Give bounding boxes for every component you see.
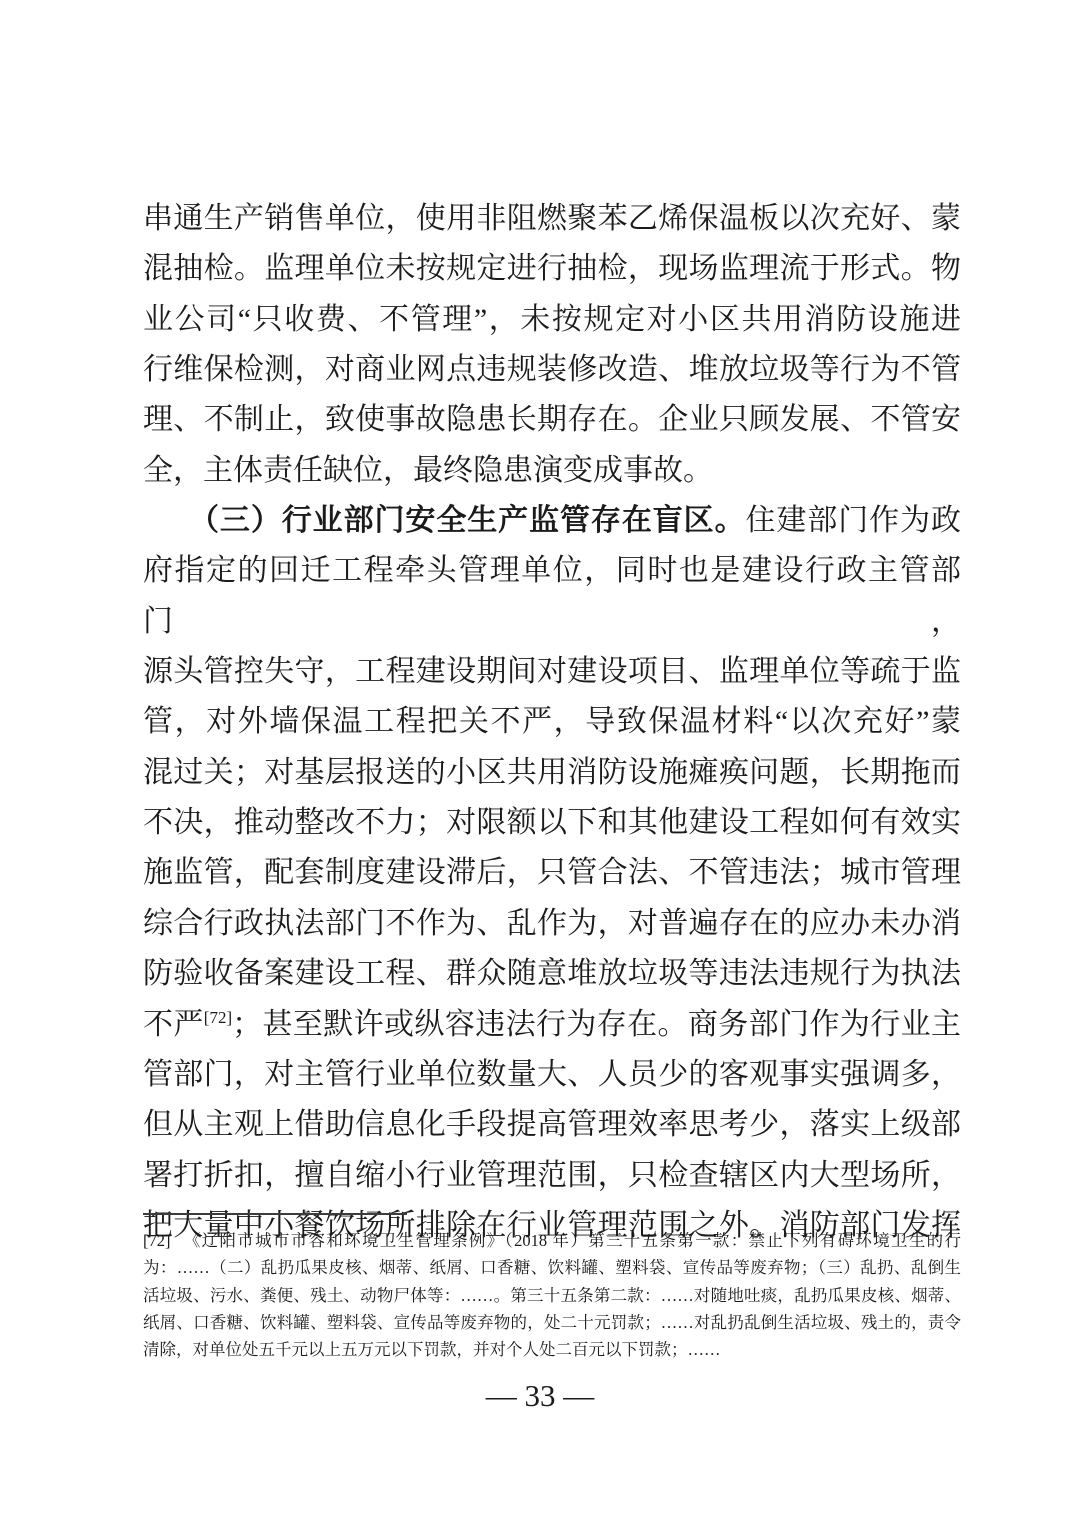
text-segment: 纸屑、口香糖、饮料罐、塑料袋、宣传品等废弃物的，处二十元罚款；……对乱扔乱倒生活… — [143, 1313, 961, 1332]
body-line: 管，对外墙保温工程把关不严，导致保温材料“以次充好”蒙 — [143, 697, 961, 747]
footnote-line: 清除，对单位处五千元以上五万元以下罚款，并对个人处二百元以下罚款；…… — [143, 1336, 961, 1363]
body-line: 管部门，对主管行业单位数量大、人员少的客观事实强调多， — [143, 1050, 961, 1100]
footnote-marker: [72] — [143, 1227, 171, 1254]
text-segment: 混过关；对基层报送的小区共用消防设施瘫痪问题，长期拖而 — [143, 756, 961, 789]
text-segment: 府指定的回迁工程牵头管理单位，同时也是建设行政主管部门， — [143, 554, 961, 637]
body-line: 不决，推动整改不力；对限额以下和其他建设工程如何有效实 — [143, 798, 961, 848]
text-segment: 管，对外墙保温工程把关不严，导致保温材料“以次充好”蒙 — [143, 705, 961, 738]
body-line: 串通生产销售单位，使用非阻燃聚苯乙烯保温板以次充好、蒙 — [143, 194, 961, 244]
body-line: 不严[72]；甚至默许或纵容违法行为存在。商务部门作为行业主 — [143, 1000, 961, 1050]
text-segment: 清除，对单位处五千元以上五万元以下罚款，并对个人处二百元以下罚款；…… — [143, 1340, 721, 1359]
text-segment: 管部门，对主管行业单位数量大、人员少的客观事实强调多， — [143, 1058, 961, 1091]
text-segment: 住建部门作为政 — [746, 504, 962, 537]
text-segment: 防验收备案建设工程、群众随意堆放垃圾等违法违规行为执法 — [143, 957, 961, 990]
text-segment: 《辽阳市城市市容和环境卫生管理条例》（2018 年）第三十五条第一款：禁止下列有… — [183, 1231, 962, 1250]
body-line: 行维保检测，对商业网点违规装修改造、堆放垃圾等行为不管 — [143, 345, 961, 395]
body-text: 串通生产销售单位，使用非阻燃聚苯乙烯保温板以次充好、蒙混抽检。监理单位未按规定进… — [143, 194, 961, 1251]
footnote-separator — [143, 1213, 407, 1215]
text-segment: 全，主体责任缺位，最终隐患演变成事故。 — [143, 454, 713, 487]
body-line: 全，主体责任缺位，最终隐患演变成事故。 — [143, 446, 961, 496]
text-segment: 活垃圾、污水、粪便、残土、动物尸体等：……。第三十五条第二款：……对随地吐痰，乱… — [143, 1286, 961, 1305]
body-line: 防验收备案建设工程、群众随意堆放垃圾等违法违规行为执法 — [143, 949, 961, 999]
body-line: 混过关；对基层报送的小区共用消防设施瘫痪问题，长期拖而 — [143, 748, 961, 798]
body-line: 综合行政执法部门不作为、乱作为，对普遍存在的应办未办消 — [143, 899, 961, 949]
body-line: 业公司“只收费、不管理”，未按规定对小区共用消防设施进 — [143, 295, 961, 345]
body-line: 署打折扣，擅自缩小行业管理范围，只检查辖区内大型场所， — [143, 1151, 961, 1201]
text-segment: 为：……（二）乱扔瓜果皮核、烟蒂、纸屑、口香糖、饮料罐、塑料袋、宣传品等废弃物；… — [143, 1258, 961, 1277]
text-segment: 理、不制止，致使事故隐患长期存在。企业只顾发展、不管安 — [143, 403, 961, 436]
page-number: — 33 — — [0, 1378, 1080, 1414]
body-line: 但从主观上借助信息化手段提高管理效率思考少，落实上级部 — [143, 1100, 961, 1150]
text-segment: ；甚至默许或纵容违法行为存在。商务部门作为行业主 — [232, 1008, 961, 1041]
body-line: 府指定的回迁工程牵头管理单位，同时也是建设行政主管部门， — [143, 546, 961, 647]
text-segment: 署打折扣，擅自缩小行业管理范围，只检查辖区内大型场所， — [143, 1159, 961, 1192]
text-segment: 施监管，配套制度建设滞后，只管合法、不管违法；城市管理 — [143, 856, 961, 889]
text-segment: 混抽检。监理单位未按规定进行抽检，现场监理流于形式。物 — [143, 252, 961, 285]
text-segment: 业公司“只收费、不管理”，未按规定对小区共用消防设施进 — [143, 303, 961, 336]
section-heading: （三）行业部门安全生产监管存在盲区。 — [189, 504, 746, 537]
text-segment: 综合行政执法部门不作为、乱作为，对普遍存在的应办未办消 — [143, 907, 961, 940]
footnote-reference: [72] — [204, 1008, 232, 1027]
text-segment: 源头管控失守，工程建设期间对建设项目、监理单位等疏于监 — [143, 655, 961, 688]
body-line: 理、不制止，致使事故隐患长期存在。企业只顾发展、不管安 — [143, 395, 961, 445]
body-line: 施监管，配套制度建设滞后，只管合法、不管违法；城市管理 — [143, 848, 961, 898]
footnote-line: 为：……（二）乱扔瓜果皮核、烟蒂、纸屑、口香糖、饮料罐、塑料袋、宣传品等废弃物；… — [143, 1254, 961, 1281]
text-segment: 但从主观上借助信息化手段提高管理效率思考少，落实上级部 — [143, 1108, 961, 1141]
footnote: [72]《辽阳市城市市容和环境卫生管理条例》（2018 年）第三十五条第一款：禁… — [143, 1227, 961, 1363]
document-page: 串通生产销售单位，使用非阻燃聚苯乙烯保温板以次充好、蒙混抽检。监理单位未按规定进… — [0, 0, 1080, 1527]
body-line: 源头管控失守，工程建设期间对建设项目、监理单位等疏于监 — [143, 647, 961, 697]
body-line: （三）行业部门安全生产监管存在盲区。住建部门作为政 — [143, 496, 961, 546]
text-segment: 行维保检测，对商业网点违规装修改造、堆放垃圾等行为不管 — [143, 353, 961, 386]
text-segment: 不决，推动整改不力；对限额以下和其他建设工程如何有效实 — [143, 806, 961, 839]
text-segment: 串通生产销售单位，使用非阻燃聚苯乙烯保温板以次充好、蒙 — [143, 202, 961, 235]
body-line: 混抽检。监理单位未按规定进行抽检，现场监理流于形式。物 — [143, 244, 961, 294]
footnote-line: [72]《辽阳市城市市容和环境卫生管理条例》（2018 年）第三十五条第一款：禁… — [143, 1227, 961, 1254]
footnote-line: 纸屑、口香糖、饮料罐、塑料袋、宣传品等废弃物的，处二十元罚款；……对乱扔乱倒生活… — [143, 1309, 961, 1336]
footnote-line: 活垃圾、污水、粪便、残土、动物尸体等：……。第三十五条第二款：……对随地吐痰，乱… — [143, 1282, 961, 1309]
text-segment: 不严 — [143, 1008, 204, 1041]
